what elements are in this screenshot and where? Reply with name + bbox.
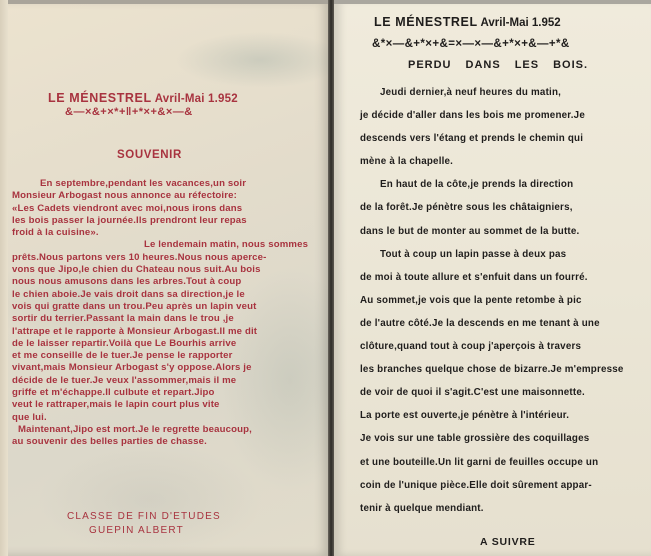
text-line: décide de le tuer.Je veux l'assommer,mai… — [12, 375, 312, 387]
text-line: nous nous amusons dans les arbres.Tout à… — [12, 276, 312, 288]
text-line: Je vois sur une table grossière des coqu… — [360, 427, 650, 450]
signature-author: GUEPIN ALBERT — [89, 525, 184, 536]
issue-date: Avril-Mai 1.952 — [481, 17, 561, 29]
text-line: et une bouteille.Un lit garni de feuille… — [360, 451, 650, 474]
text-line: que lui. — [12, 412, 312, 424]
newsletter-title: LE MÉNESTREL — [374, 15, 478, 29]
right-page-header: LE MÉNESTREL Avril-Mai 1.952 — [374, 15, 561, 29]
text-line: Monsieur Arbogast nous annonce au réfect… — [12, 190, 312, 202]
ornament-divider: &*×—&+*×+&=×—×—&+*×+&—+*& — [372, 38, 570, 50]
text-line: Jeudi dernier,à neuf heures du matin, — [360, 81, 650, 104]
text-line: En haut de la côte,je prends la directio… — [360, 173, 650, 196]
text-line: l'attrape et le rapporte à Monsieur Arbo… — [12, 326, 312, 338]
to-be-continued: A SUIVRE — [480, 536, 536, 548]
open-booklet: LE MÉNESTREL Avril-Mai 1.952 &—×&+×*+‖+*… — [0, 0, 651, 556]
text-line: griffe et m'échappe.Il culbute et repart… — [12, 387, 312, 399]
text-line: sortir du terrier.Passant la main dans l… — [12, 313, 312, 325]
text-line: je décide d'aller dans les bois me prome… — [360, 104, 650, 127]
text-line: de voir de quoi il s'agit.C'est une mais… — [360, 381, 650, 404]
text-line: les branches quelque chose de bizarre.Je… — [360, 358, 650, 381]
text-line: «Les Cadets viendront avec moi,nous iron… — [12, 203, 312, 215]
text-line: Tout à coup un lapin passe à deux pas — [360, 243, 650, 266]
text-line: coin de l'unique pièce.Elle doit sûremen… — [360, 474, 650, 497]
text-line: prêts.Nous partons vers 10 heures.Nous n… — [12, 252, 312, 264]
page-left-edge — [0, 0, 8, 556]
text-line: vivant,mais Monsieur Arbogast s'y oppose… — [12, 362, 312, 374]
text-line: tenir à quelque mendiant. — [360, 497, 650, 520]
text-line: le chien aboie.Je vais droit dans sa dir… — [12, 289, 312, 301]
issue-date: Avril-Mai 1.952 — [155, 93, 238, 105]
text-line: de moi à toute allure et s'enfuit dans u… — [360, 266, 650, 289]
page-top-edge — [0, 0, 330, 4]
text-line: au souvenir des belles parties de chasse… — [12, 436, 312, 448]
text-line: descends vers l'étang et prends le chemi… — [360, 127, 650, 150]
text-line: de la forêt.Je pénètre sous les châtaign… — [360, 196, 650, 219]
left-page: LE MÉNESTREL Avril-Mai 1.952 &—×&+×*+‖+*… — [0, 0, 330, 556]
title-word: PERDU — [408, 59, 452, 71]
text-line: Au sommet,je vois que la pente retombe à… — [360, 289, 650, 312]
story-body: En septembre,pendant les vacances,un soi… — [12, 178, 312, 449]
text-line: et me conseille de le tuer.Je pense le r… — [12, 350, 312, 362]
text-line: La porte est ouverte,je pénètre à l'inté… — [360, 404, 650, 427]
text-line: En septembre,pendant les vacances,un soi… — [12, 178, 312, 190]
text-line: dans le but de monter au sommet de la bu… — [360, 220, 650, 243]
title-word: BOIS. — [553, 59, 588, 71]
text-line: froid à la cuisine». — [12, 227, 312, 239]
text-line: veut le rattraper,mais le lapin court pl… — [12, 399, 312, 411]
text-line: les bois passer la journée.Ils prendront… — [12, 215, 312, 227]
page-top-edge — [334, 0, 651, 4]
newsletter-title: LE MÉNESTREL — [48, 91, 152, 105]
text-line: vons que Jipo,le chien du Chateau nous s… — [12, 264, 312, 276]
text-line: vois qui gratte dans un trou.Peu après u… — [12, 301, 312, 313]
text-line: de le laisser repartir.Voilà que Le Bour… — [12, 338, 312, 350]
text-line: de l'autre côté.Je la descends en me ten… — [360, 312, 650, 335]
title-word: LES — [515, 59, 539, 71]
ornament-divider: &—×&+×*+‖+*×+&×—& — [65, 106, 193, 118]
text-line: Le lendemain matin, nous sommes — [12, 239, 312, 251]
story-body: Jeudi dernier,à neuf heures du matin,je … — [360, 81, 650, 520]
story-title: PERDUDANSLESBOIS. — [408, 59, 602, 71]
text-line: mène à la chapelle. — [360, 150, 650, 173]
right-page: LE MÉNESTREL Avril-Mai 1.952 &*×—&+*×+&=… — [334, 0, 651, 556]
text-line: Maintenant,Jipo est mort.Je le regrette … — [12, 424, 312, 436]
signature-class: CLASSE DE FIN D'ETUDES — [67, 511, 221, 522]
title-word: DANS — [466, 59, 501, 71]
left-page-header: LE MÉNESTREL Avril-Mai 1.952 — [48, 91, 238, 105]
text-line: clôture,quand tout à coup j'aperçois à t… — [360, 335, 650, 358]
story-title: SOUVENIR — [117, 149, 182, 161]
